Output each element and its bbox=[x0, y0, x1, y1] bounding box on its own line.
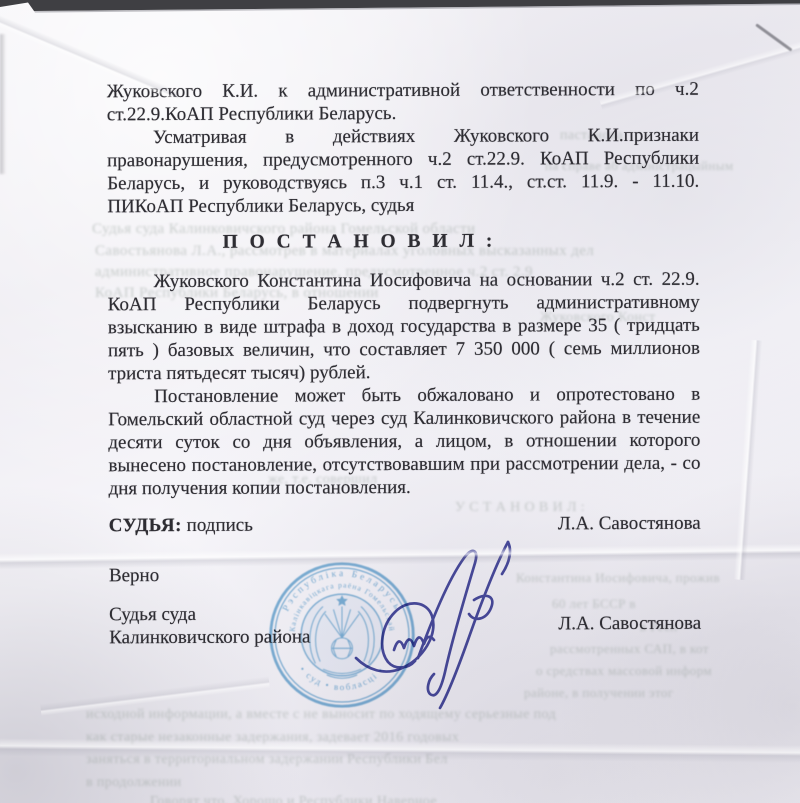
document-line: ст.22.9.КоАП Республики Беларусь. bbox=[107, 101, 699, 127]
document-line: ПИКоАП Республики Беларусь, судья bbox=[107, 193, 699, 219]
document-line: триста пятьдесят тысяч) рублей. bbox=[108, 360, 700, 386]
handwritten-signature bbox=[348, 536, 526, 720]
bleedthrough-line: в продолжении bbox=[86, 775, 182, 791]
bleedthrough-line: заняться в территориальном задержании Ре… bbox=[86, 752, 448, 768]
bleedthrough-line: о средствах массовой информ bbox=[536, 663, 712, 679]
resolution-heading: П О С Т А Н О В И Л : bbox=[62, 230, 654, 255]
document-line: Жуковского Константина Иосифовича на осн… bbox=[108, 268, 700, 294]
signature-word: подпись bbox=[187, 515, 253, 536]
document-line: Гомельский областной суд через суд Калин… bbox=[108, 406, 700, 432]
document-line: пять ) базовых величин, что составляет 7… bbox=[108, 337, 700, 363]
bleedthrough-line: как старые незаконные задержания, задева… bbox=[86, 730, 459, 746]
document-line: дня получения копии постановления. bbox=[108, 475, 700, 501]
scanned-document-page: пастановапа справе аб адміністрацыйнымСу… bbox=[0, 0, 800, 803]
document-line: Усматривая в действиях Жуковского К.И.пр… bbox=[107, 124, 699, 150]
bleedthrough-line: районе, в получении этог bbox=[524, 685, 674, 701]
judge-name-2: Л.А. Савостянова bbox=[558, 613, 701, 636]
document-line: КоАП Республики Беларусь подвергнуть адм… bbox=[108, 291, 700, 317]
document-line: Постановление может быть обжаловано и оп… bbox=[108, 383, 700, 409]
judge-label: СУДЬЯ: bbox=[109, 515, 182, 536]
document-line: правонарушения, предусмотренного ч.2 ст.… bbox=[107, 147, 699, 173]
document-line: десяти суток со дня объявления, а лицом,… bbox=[108, 429, 700, 455]
judge-signature-row: СУДЬЯ: подпись Л.А. Савостянова bbox=[109, 512, 701, 539]
document-line: Жуковского К.И. к административной ответ… bbox=[107, 78, 699, 104]
document-line: вынесено постановление, отсутствовавшим … bbox=[108, 452, 700, 478]
paper-edge-shadow bbox=[0, 34, 6, 174]
paragraphs-bottom: Жуковского Константина Иосифовича на осн… bbox=[108, 268, 701, 501]
judge-left: СУДЬЯ: подпись bbox=[109, 514, 253, 539]
bleedthrough-line: Говорят что, Хорошо и Республики Наверно… bbox=[150, 794, 437, 803]
document-line: взысканию в виде штрафа в доход государс… bbox=[108, 314, 700, 340]
judge-name: Л.А. Савостянова bbox=[558, 512, 701, 537]
document-line: Беларусь, и руководствуясь п.3 ч.1 ст. 1… bbox=[107, 170, 699, 196]
paragraphs-top: Жуковского К.И. к административной ответ… bbox=[107, 78, 700, 219]
